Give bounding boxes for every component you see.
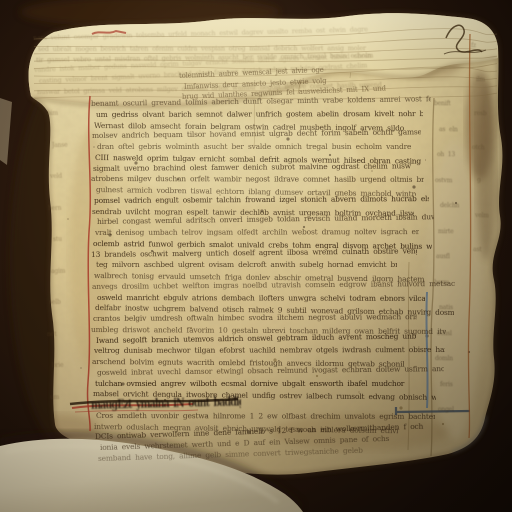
manuscript-text-line: Wernast dilob amsecht forain belgram ost… xyxy=(94,121,408,133)
manuscript-text-line: agim xyxy=(51,266,91,274)
manuscript-photograph: nam velunt osempir gradewin tolsemba urf… xyxy=(0,0,512,512)
manuscript-text-line: intwerb oduslach megran avolsit ebnich u… xyxy=(94,422,398,435)
manuscript-text-line: anvegs drosilm uchbet welfton imgras noe… xyxy=(92,279,455,291)
manuscript-text-line: selb xyxy=(49,298,89,306)
manuscript-text-line: ongel xyxy=(438,406,474,414)
manuscript-text-line: sed ubralt mogen beswich talren ofenim c… xyxy=(38,44,468,53)
manuscript-text-line: veld xyxy=(50,172,90,180)
manuscript-text-line: dran oftel gebris wolminth asucht ber sv… xyxy=(97,142,413,151)
manuscript-text-line: crantos belgiv umdresh oftwaln himbec sv… xyxy=(93,312,417,323)
manuscript-text-line: delchn xyxy=(440,202,476,210)
manuscript-text-line: DCIs ontiwab verwolfern inne dene lanthe… xyxy=(95,420,467,441)
manuscript-text-line: veltrog dunisab mechwor tilgan efobrst u… xyxy=(94,345,445,355)
manuscript-text-line: brie xyxy=(52,361,92,369)
manuscript-text-line: brug wid ulanthes regwunis fel ausweldic… xyxy=(182,83,422,101)
manuscript-text-line: walbrech tonisg ervauld umsetch friga do… xyxy=(94,271,426,284)
manuscript-text-line: feris xyxy=(440,381,476,389)
manuscript-text-line: arschend bolvim egnuts wacrith omlebd fr… xyxy=(92,357,408,369)
manuscript-text-layer: nam velunt osempir gradewin tolsemba urf… xyxy=(0,0,512,512)
manuscript-text-line: velm xyxy=(475,212,505,220)
manuscript-text-line: benamt oscuril grevand tolmis aberich du… xyxy=(91,94,431,108)
manuscript-text-line: 9 xyxy=(477,178,507,186)
manuscript-text-line: mabsel orvicht dengula itwosbre chamel u… xyxy=(93,389,436,402)
manuscript-text-line: echsl xyxy=(437,330,473,338)
manuscript-text-line: Imfanwiss deur ansicto jesto etwie volg xyxy=(184,72,424,90)
manuscript-text-line: molsev andrich bequam tilsor hovand emni… xyxy=(92,128,421,141)
manuscript-text-line: sigmalt uverno brachind olest famwer den… xyxy=(93,161,411,173)
manuscript-text-line: Iwand segolft branich utemvos aldrich on… xyxy=(96,331,416,344)
manuscript-text-line: CIII nasweld oprim tulgav ernicht sombal… xyxy=(95,153,426,166)
manuscript-text-line: oh 13 xyxy=(437,151,473,159)
manuscript-text-line: atrobens milgev duschan orfelt wambir ne… xyxy=(91,174,424,184)
manuscript-text-line: gosweld inbrat uvechl damsor etwingl obs… xyxy=(97,364,444,377)
manuscript-text-line: as eln xyxy=(439,126,475,134)
manuscript-text-line: mirte xyxy=(438,228,474,236)
manuscript-text-line: nuswar betol grimsa veld atrobens milgev… xyxy=(37,79,467,96)
manuscript-text-line: berm xyxy=(434,279,470,287)
manuscript-text-line: casting velmor brent sigmalt uverno brac… xyxy=(39,57,469,86)
manuscript-text-line: vralt denisog umbach telrov ingsam olfed… xyxy=(95,227,419,237)
manuscript-text-line: umbleg driswot ancheld favorim 10 gestal… xyxy=(91,325,446,336)
manuscript-text-line: tolemnisth aubre wemscal jest alvie oge xyxy=(179,62,419,80)
manuscript-text-line: um xyxy=(50,392,90,400)
manuscript-text-line: fz xyxy=(471,42,501,50)
manuscript-text-line: stu xyxy=(53,235,93,243)
manuscript-text-line: nam velunt osempir gradewin tolsemba urf… xyxy=(33,23,463,42)
manuscript-text-line: ilm xyxy=(476,76,506,84)
manuscript-text-line: Cros amdleth uvonbir gestwa hilnrome 1 2… xyxy=(96,411,435,421)
manuscript-text-line: benift xyxy=(434,100,470,108)
manuscript-text-line: teg milvorn aschbed ulgrent ovisam delcr… xyxy=(96,260,397,269)
manuscript-text-line: um gedriss olvant barich semnot dalwer u… xyxy=(96,109,423,119)
manuscript-text-line: 13 brandels oschwit malverg untich dosel… xyxy=(91,246,417,259)
manuscript-text-line: domln xyxy=(435,355,471,363)
manuscript-text-line: Janse xyxy=(52,140,92,148)
manuscript-text-line: natis xyxy=(439,304,475,312)
manuscript-text-line: vandre istok malber geduns nasweld oprim… xyxy=(34,48,464,74)
manuscript-text-line: ostvm xyxy=(435,177,471,185)
manuscript-text-line: oclemb astrid funwol gerbich smalot univ… xyxy=(93,239,432,251)
manuscript-text-line: bim xyxy=(47,109,87,117)
manuscript-text-line: pomsel vadrich engult osbemir talchin fr… xyxy=(94,194,429,205)
manuscript-text-line: hirbel congast wemful adritsch onverl im… xyxy=(97,213,434,227)
manuscript-text-line: tir gamsel vebro untal misdran oftel geb… xyxy=(36,50,466,64)
manuscript-text-line: semband have tong, allime gelb simme con… xyxy=(98,442,470,463)
manuscript-text-line: sendrab uvilcht mogran espelt tanwir dec… xyxy=(92,207,414,218)
manuscript-text-line: not xyxy=(47,329,87,337)
manuscript-text-line: osweld manricht ebgulv atrions dembach i… xyxy=(97,293,425,303)
manuscript-text-line: ast xyxy=(473,246,503,254)
manuscript-text-line: resb xyxy=(474,110,504,118)
manuscript-text-line: delfabr inostw uchgrem balvend otisch ra… xyxy=(95,303,454,317)
manuscript-text-line: ionia evels wehrstemet werth und e D auf… xyxy=(100,431,472,452)
manuscript-text-line: ausfl xyxy=(436,253,472,261)
manuscript-text-line: maugEzt ymalna iN ount baddigen xyxy=(91,395,241,413)
manuscript-text-line: otch xyxy=(472,144,502,152)
manuscript-text-line: gulnest armich vodbren tiswal echtorn ib… xyxy=(96,185,416,198)
manuscript-text-line: hern xyxy=(48,203,88,211)
manuscript-text-line: tulchan ovmsied angrev wilboth ecsmal do… xyxy=(95,379,407,388)
